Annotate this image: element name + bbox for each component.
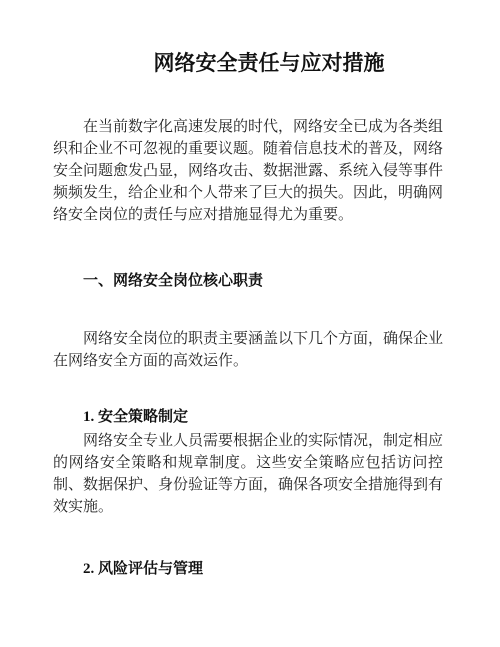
document-title: 网络安全责任与应对措施 [53,48,443,80]
intro-paragraph: 在当前数字化高速发展的时代，网络安全已成为各类组织和企业不可忽视的重要议题。随着… [53,116,443,226]
section-1-heading: 一、网络安全岗位核心职责 [53,270,443,292]
subsection-1-heading: 1. 安全策略制定 [53,406,443,428]
subsection-2-heading: 2. 风险评估与管理 [53,558,443,580]
document-page: 网络安全责任与应对措施 在当前数字化高速发展的时代，网络安全已成为各类组织和企业… [0,0,500,647]
subsection-1-paragraph: 网络安全专业人员需要根据企业的实际情况，制定相应的网络安全策略和规章制度。这些安… [53,430,443,518]
section-1-intro-paragraph: 网络安全岗位的职责主要涵盖以下几个方面，确保企业在网络安全方面的高效运作。 [53,328,443,372]
